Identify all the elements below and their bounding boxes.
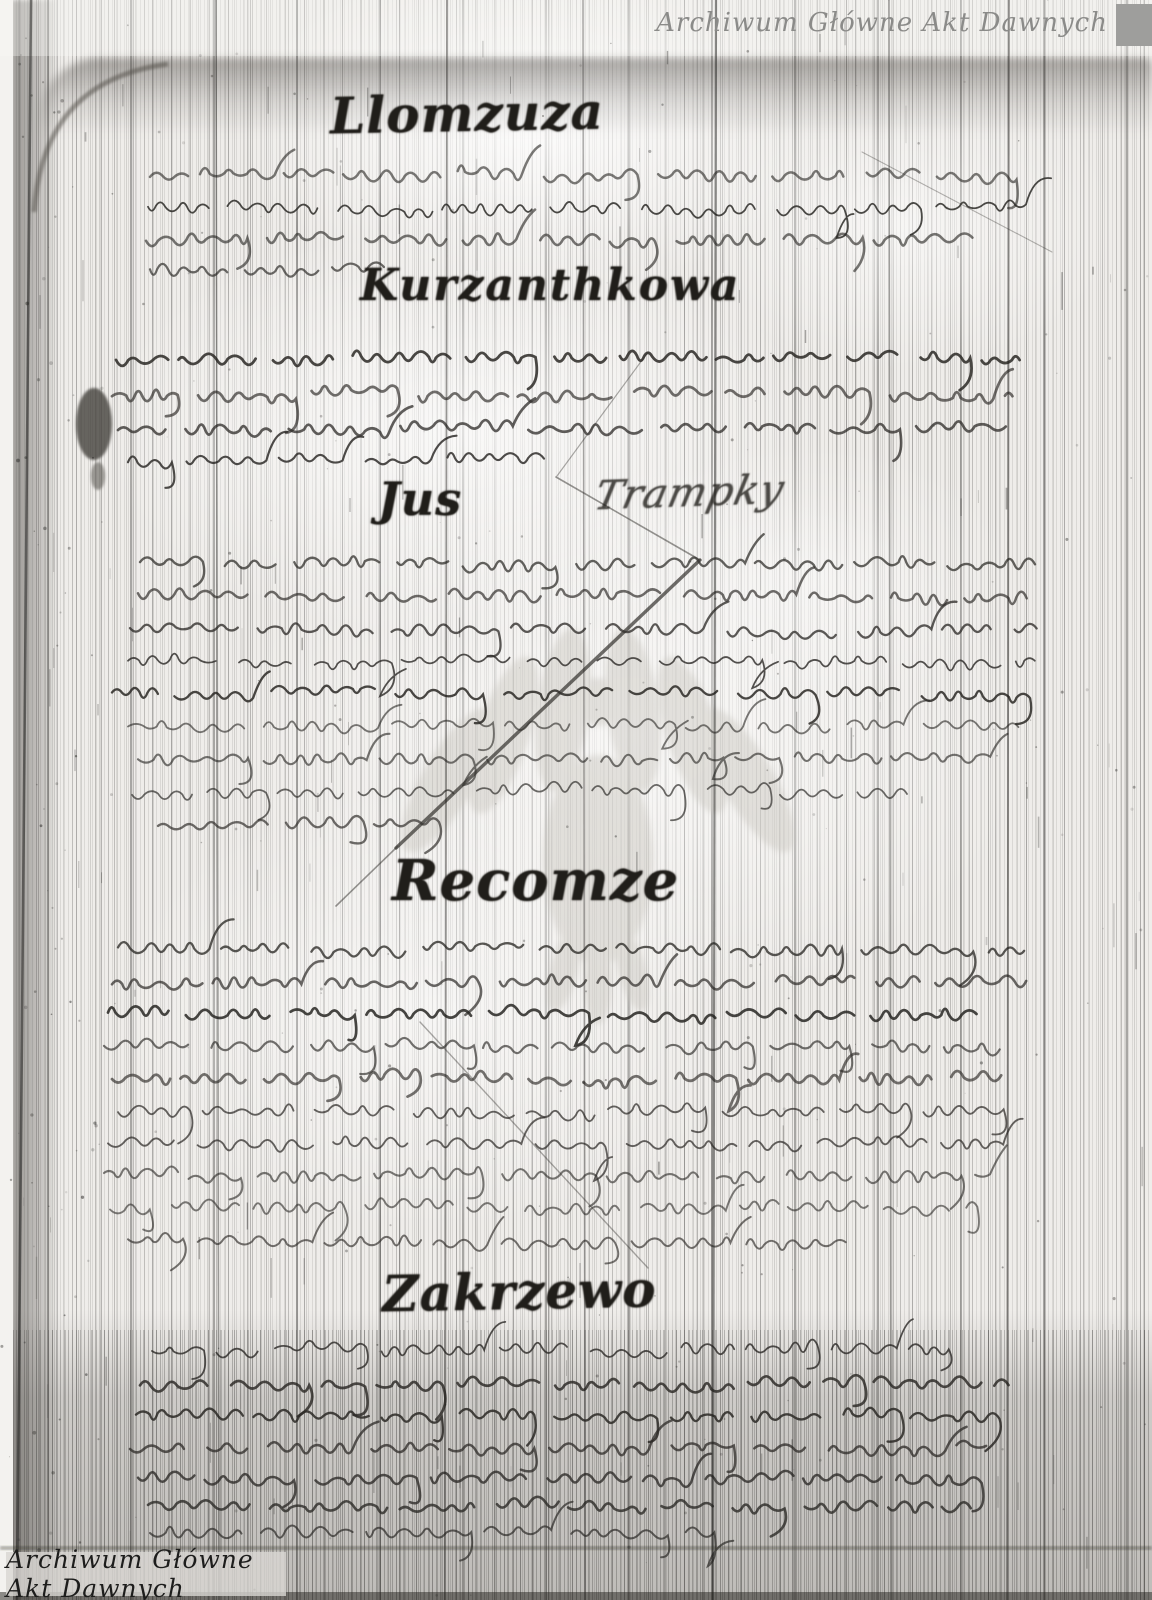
manuscript-page: Llomzuza Kurzanthkowa Jus Trampky Recomz… — [0, 0, 1152, 1600]
section-heading-zakrzewo: Zakrzewo — [382, 1260, 657, 1324]
section-heading-jus: Jus — [378, 472, 462, 526]
archive-watermark-top-right: Archiwum Główne Akt Dawnych — [656, 8, 1108, 38]
paper-bright-patches — [0, 0, 1152, 1600]
ink-layer — [0, 0, 1152, 1600]
scan-left-margin — [0, 0, 13, 1600]
section-heading-recomze: Recomze — [392, 848, 679, 914]
watermark-corner-box — [1116, 4, 1152, 46]
section-heading-kurzanthkowa: Kurzanthkowa — [360, 260, 740, 311]
archive-watermark-bottom-left: Archiwum Główne Akt Dawnych — [6, 1552, 286, 1596]
paper-streak-texture — [0, 0, 1152, 1600]
left-edge-gutter-shadow — [12, 0, 54, 1600]
page-top-edge-shadow — [40, 58, 1152, 136]
section-heading-trampky: Trampky — [590, 467, 788, 519]
section-heading-llomzuza: Llomzuza — [330, 82, 605, 146]
